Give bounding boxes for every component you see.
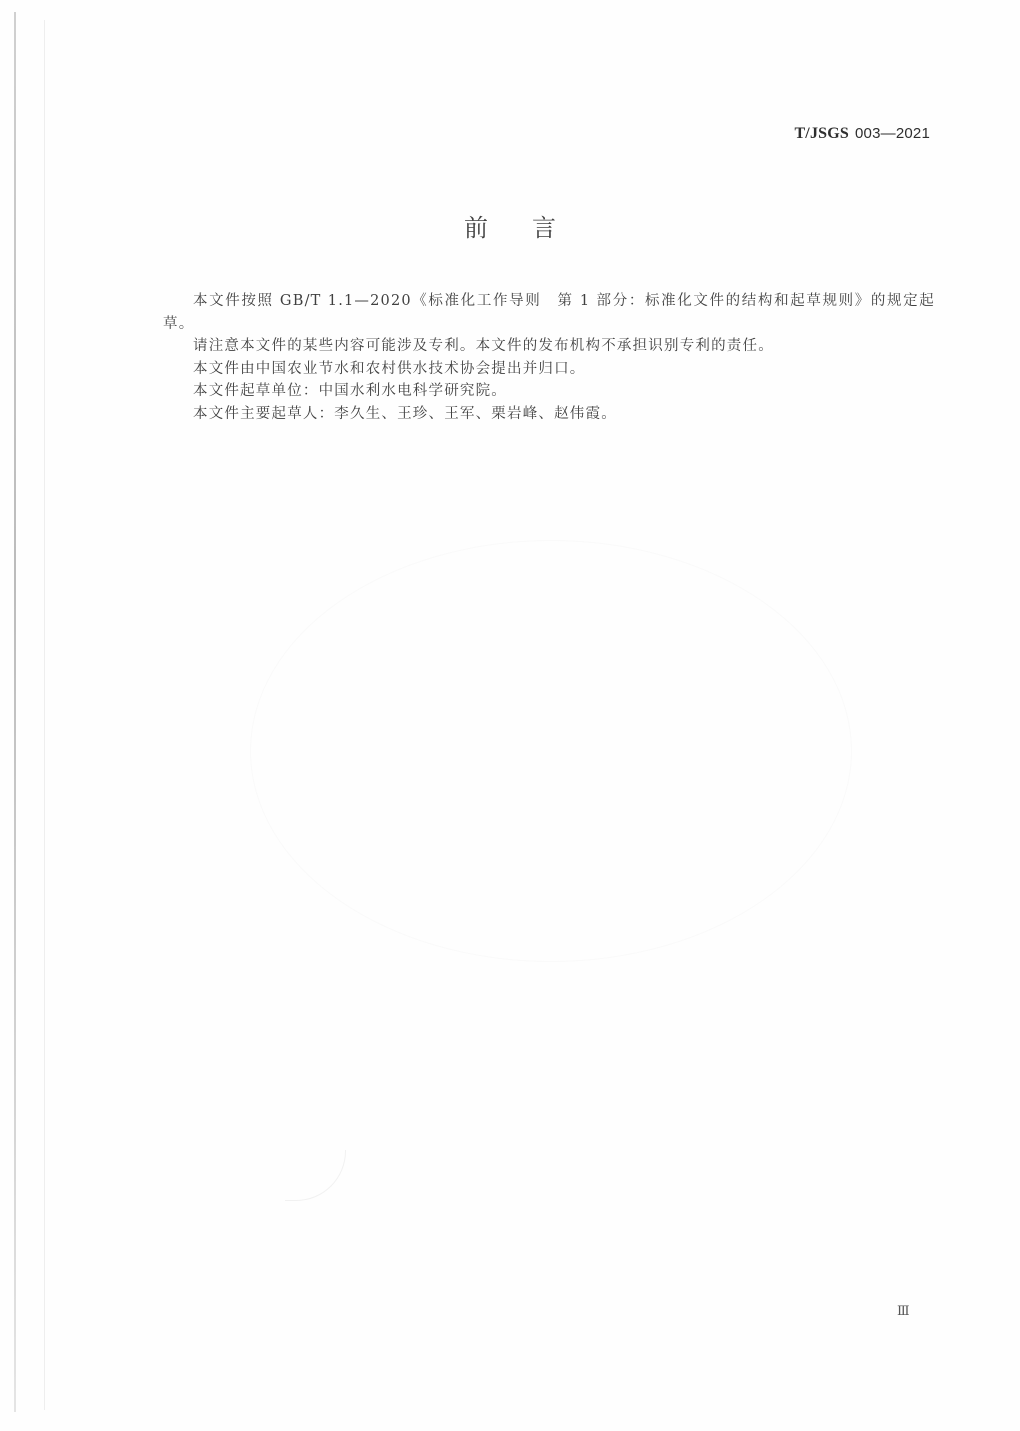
- paragraph-drafting-unit: 本文件起草单位：中国水利水电科学研究院。: [163, 380, 935, 403]
- standard-code: T/JSGS003—2021: [794, 124, 930, 143]
- paragraph-drafting-rules: 本文件按照 GB/T 1.1—2020《标准化工作导则 第 1 部分：标准化文件…: [163, 290, 935, 335]
- standard-code-number: 003—2021: [855, 125, 930, 142]
- page-title: 前言: [0, 208, 1020, 243]
- paragraph-patent-notice: 请注意本文件的某些内容可能涉及专利。本文件的发布机构不承担识别专利的责任。: [163, 335, 935, 358]
- paragraph-proposer: 本文件由中国农业节水和农村供水技术协会提出并归口。: [163, 358, 935, 381]
- document-page: T/JSGS003—2021 前言 本文件按照 GB/T 1.1—2020《标准…: [0, 0, 1020, 1431]
- faint-scan-artifact: [285, 1150, 346, 1201]
- standard-code-prefix: T/JSGS: [794, 125, 849, 142]
- paragraph-drafters: 本文件主要起草人：李久生、王珍、王军、栗岩峰、赵伟霞。: [163, 403, 935, 426]
- foreword-body: 本文件按照 GB/T 1.1—2020《标准化工作导则 第 1 部分：标准化文件…: [163, 290, 935, 425]
- faint-seal-watermark: [250, 540, 852, 962]
- page-number: Ⅲ: [897, 1303, 909, 1319]
